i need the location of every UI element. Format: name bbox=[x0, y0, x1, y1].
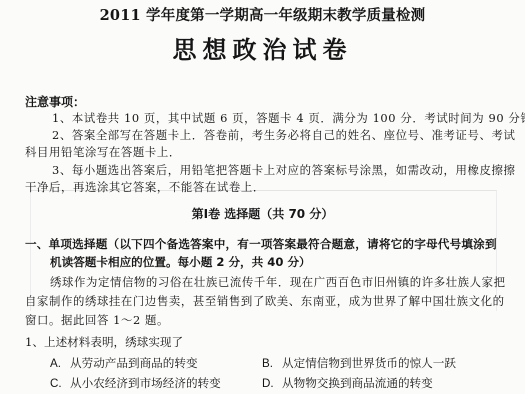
option-letter: C. bbox=[50, 377, 70, 390]
option-letter: B. bbox=[262, 357, 282, 370]
material-line-1: 绣球作为定情信物的习俗在壮族已流传千年．现在广西百色市旧州镇的许多壮族人家把 bbox=[50, 274, 506, 290]
option-text: 从小农经济到市场经济的转变 bbox=[70, 376, 221, 390]
part-heading-cont: 机读答题卡相应的位置。每小题 2 分，共 40 分） bbox=[50, 254, 311, 270]
notice-heading: 注意事项： bbox=[25, 93, 85, 110]
notice-item-2-cont: 科目用铅笔涂写在答题卡上． bbox=[25, 144, 181, 160]
notice-item-3-cont: 干净后，再选涂其它答案，不能答在试卷上． bbox=[25, 179, 265, 195]
option-text: 从劳动产品到商品的转变 bbox=[70, 356, 198, 370]
exam-title: 2011 学年度第一学期高一年级期末教学质量检测 bbox=[0, 4, 525, 25]
subject-title: 思想政治试卷 bbox=[0, 30, 525, 65]
notice-item-2: 2、答案全部写在答题卡上．答卷前，考生务必将自己的姓名、座位号、准考证号、考试 bbox=[52, 127, 516, 143]
question-1-stem: 1、上述材料表明，绣球实现了 bbox=[25, 334, 183, 350]
option-b: B.从定情信物到世界货币的惊人一跃 bbox=[262, 355, 456, 371]
material-line-2: 自家制作的绣球挂在门边售卖，甚至销售到了欧美、东南亚，成为世界了解中国壮族文化的 bbox=[25, 293, 505, 309]
notice-item-3: 3、每小题选出答案后，用铅笔把答题卡上对应的答案标号涂黑，如需改动，用橡皮擦擦 bbox=[52, 162, 516, 178]
material-line-3: 窗口。据此回答 1～2 题。 bbox=[25, 312, 169, 328]
option-letter: D. bbox=[262, 377, 282, 390]
option-a: A.从劳动产品到商品的转变 bbox=[50, 355, 198, 371]
part-heading: 一、单项选择题（以下四个备选答案中，有一项答案最符合题意，请将它的字母代号填涂到 bbox=[25, 236, 497, 252]
option-text: 从定情信物到世界货币的惊人一跃 bbox=[282, 356, 456, 370]
section-title: 第Ⅰ卷 选择题（共 70 分） bbox=[0, 205, 525, 222]
option-letter: A. bbox=[50, 357, 70, 370]
option-c: C.从小农经济到市场经济的转变 bbox=[50, 375, 221, 391]
option-text: 从物物交换到商品流通的转变 bbox=[282, 376, 433, 390]
option-d: D.从物物交换到商品流通的转变 bbox=[262, 375, 433, 391]
notice-item-1: 1、本试卷共 10 页，其中试题 6 页，答题卡 4 页．满分为 100 分．考… bbox=[52, 110, 525, 126]
